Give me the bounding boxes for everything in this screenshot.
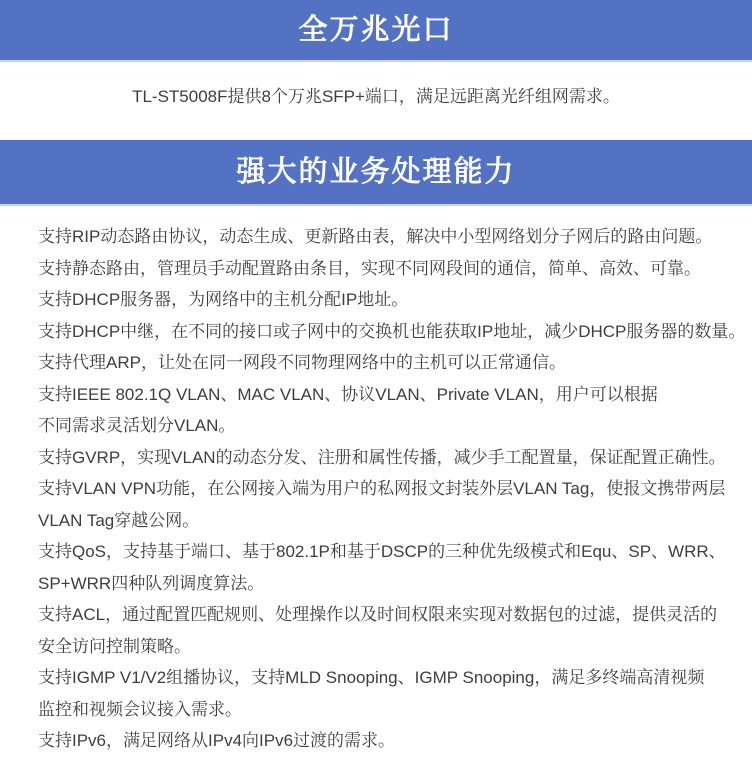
section-title-10g-optical: 全万兆光口: [298, 16, 453, 45]
feature-line: 支持RIP动态路由协议，动态生成、更新路由表，解决中小型网络划分子网后的路由问题…: [38, 221, 714, 253]
feature-line: 支持QoS，支持基于端口、基于802.1P和基于DSCP的三种优先级模式和Equ…: [38, 536, 714, 568]
section-title-service-capability: 强大的业务处理能力: [236, 158, 515, 187]
feature-line: 监控和视频会议接入需求。: [38, 694, 714, 726]
feature-line: 支持IGMP V1/V2组播协议，支持MLD Snooping、IGMP Sno…: [38, 662, 714, 694]
feature-line: 支持DHCP中继，在不同的接口或子网中的交换机也能获取IP地址，减少DHCP服务…: [38, 316, 714, 348]
feature-line: 支持IPv6，满足网络从IPv4向IPv6过渡的需求。: [38, 725, 714, 757]
section-banner-service-capability: 强大的业务处理能力: [0, 140, 752, 206]
feature-line: 支持VLAN VPN功能，在公网接入端为用户的私网报文封装外层VLAN Tag，…: [38, 473, 714, 505]
feature-line: 不同需求灵活划分VLAN。: [38, 410, 714, 442]
feature-line: SP+WRR四种队列调度算法。: [38, 568, 714, 600]
feature-line: 安全访问控制策略。: [38, 631, 714, 663]
feature-list: 支持RIP动态路由协议，动态生成、更新路由表，解决中小型网络划分子网后的路由问题…: [0, 206, 752, 757]
feature-line: VLAN Tag穿越公网。: [38, 505, 714, 537]
feature-line: 支持代理ARP，让处在同一网段不同物理网络中的主机可以正常通信。: [38, 347, 714, 379]
feature-line: 支持IEEE 802.1Q VLAN、MAC VLAN、协议VLAN、Priva…: [38, 379, 714, 411]
product-detail-page: 全万兆光口 TL-ST5008F提供8个万兆SFP+端口，满足远距离光纤组网需求…: [0, 0, 752, 757]
section-banner-10g-optical: 全万兆光口: [0, 0, 752, 62]
feature-line: 支持GVRP，实现VLAN的动态分发、注册和属性传播，减少手工配置量，保证配置正…: [38, 442, 714, 474]
section-description-10g-optical: TL-ST5008F提供8个万兆SFP+端口，满足远距离光纤组网需求。: [0, 88, 752, 105]
feature-line: 支持ACL，通过配置匹配规则、处理操作以及时间权限来实现对数据包的过滤，提供灵活…: [38, 599, 714, 631]
feature-line: 支持DHCP服务器，为网络中的主机分配IP地址。: [38, 284, 714, 316]
feature-line: 支持静态路由，管理员手动配置路由条目，实现不同网段间的通信，简单、高效、可靠。: [38, 253, 714, 285]
